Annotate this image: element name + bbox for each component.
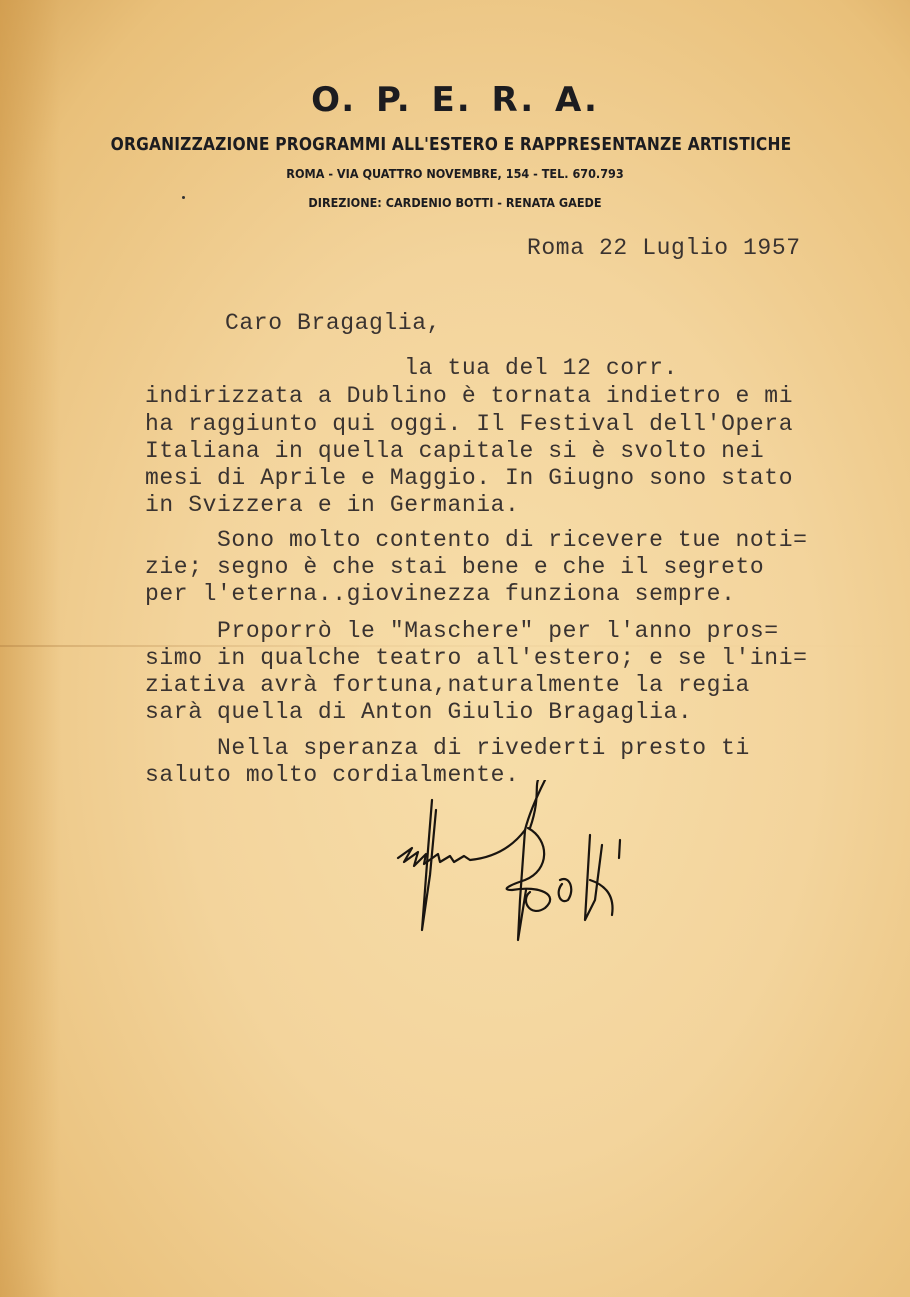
body-line: Italiana in quella capitale si è svolto … [145, 438, 764, 464]
letterhead-title: O. P. E. R. A. [0, 80, 910, 120]
body-line: in Svizzera e in Germania. [145, 492, 519, 518]
body-line: ha raggiunto qui oggi. Il Festival dell'… [145, 411, 793, 437]
body-line: Proporrò le "Maschere" per l'anno pros= [145, 618, 779, 644]
letter-date: Roma 22 Luglio 1957 [527, 235, 801, 261]
letter-page: O. P. E. R. A. ORGANIZZAZIONE PROGRAMMI … [0, 0, 910, 1297]
letterhead-address: ROMA - VIA QUATTRO NOVEMBRE, 154 - TEL. … [46, 166, 865, 181]
body-line: ziativa avrà fortuna,naturalmente la reg… [145, 672, 750, 698]
letterhead-direction: DIREZIONE: CARDENIO BOTTI - RENATA GAEDE [46, 195, 865, 210]
body-line: per l'eterna..giovinezza funziona sempre… [145, 581, 736, 607]
body-line: zie; segno è che stai bene e che il segr… [145, 554, 764, 580]
body-line: simo in qualche teatro all'estero; e se … [145, 645, 808, 671]
body-line: la tua del 12 corr. [145, 355, 678, 381]
body-line: mesi di Aprile e Maggio. In Giugno sono … [145, 465, 793, 491]
ink-speck [182, 196, 185, 199]
body-line: Nella speranza di rivederti presto ti [145, 735, 750, 761]
body-line: indirizzata a Dublino è tornata indietro… [145, 383, 793, 409]
letterhead-subtitle: ORGANIZZAZIONE PROGRAMMI ALL'ESTERO E RA… [60, 134, 843, 155]
letter-salutation: Caro Bragaglia, [225, 310, 441, 336]
handwritten-signature [390, 780, 630, 950]
body-line: sarà quella di Anton Giulio Bragaglia. [145, 699, 692, 725]
body-line: Sono molto contento di ricevere tue noti… [145, 527, 808, 553]
